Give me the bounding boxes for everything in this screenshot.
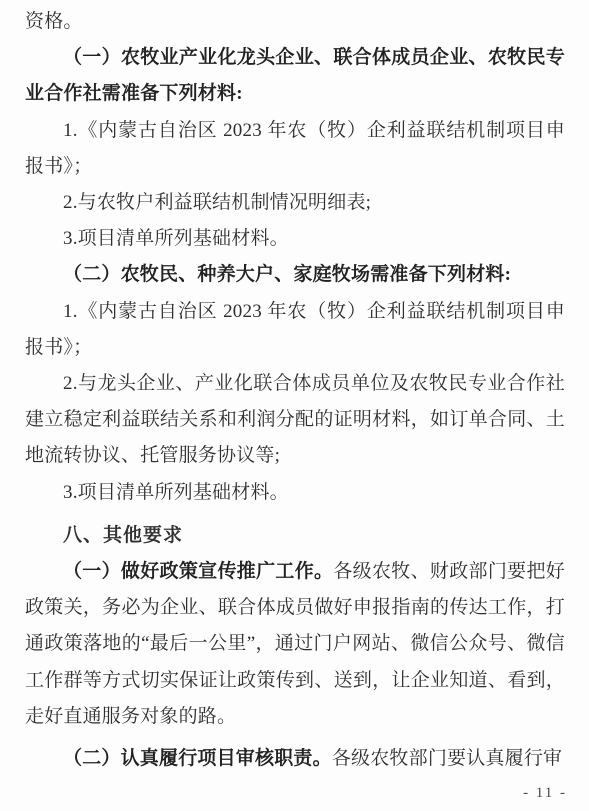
paragraph-project-review-lead: （二）认真履行项目审核职责。 xyxy=(63,748,332,769)
page-number: - 11 - xyxy=(523,785,567,802)
chapter-heading-other-requirements: 八、其他要求 xyxy=(25,518,565,554)
paragraph-policy-promotion-lead: （一）做好政策宣传推广工作。 xyxy=(63,561,333,582)
paragraph-project-review-body: 各级农牧部门要认真履行审 xyxy=(332,748,562,769)
list-item-1-2-detail-table: 2.与农牧户利益联结机制情况明细表; xyxy=(25,185,565,221)
paragraph-continuation: 资格。 xyxy=(25,4,565,40)
list-item-1-1-application-form: 1.《内蒙古自治区 2023 年农（牧）企利益联结机制项目申报书》； xyxy=(25,113,565,185)
paragraph-project-review: （二）认真履行项目审核职责。各级农牧部门要认真履行审 xyxy=(25,741,565,777)
list-item-1-3-basic-materials: 3.项目清单所列基础材料。 xyxy=(25,221,565,257)
paragraph-policy-promotion-body: 各级农牧、财政部门要把好政策关，务必为企业、联合体成员做好申报指南的传达工作，打… xyxy=(25,561,565,727)
paragraph-policy-promotion: （一）做好政策宣传推广工作。各级农牧、财政部门要把好政策关，务必为企业、联合体成… xyxy=(25,554,565,735)
list-item-2-3-basic-materials: 3.项目清单所列基础材料。 xyxy=(25,475,565,511)
list-item-2-1-application-form: 1.《内蒙古自治区 2023 年农（牧）企利益联结机制项目申报书》； xyxy=(25,294,565,366)
list-item-2-2-proof-materials: 2.与龙头企业、产业化联合体成员单位及农牧民专业合作社建立稳定利益联结关系和利润… xyxy=(25,366,565,475)
document-page: 资格。 （一）农牧业产业化龙头企业、联合体成员企业、农牧民专业合作社需准备下列材… xyxy=(0,0,589,811)
section-heading-materials-2: （二）农牧民、种养大户、家庭牧场需准备下列材料: xyxy=(25,257,565,293)
section-heading-materials-1: （一）农牧业产业化龙头企业、联合体成员企业、农牧民专业合作社需准备下列材料: xyxy=(25,40,565,112)
